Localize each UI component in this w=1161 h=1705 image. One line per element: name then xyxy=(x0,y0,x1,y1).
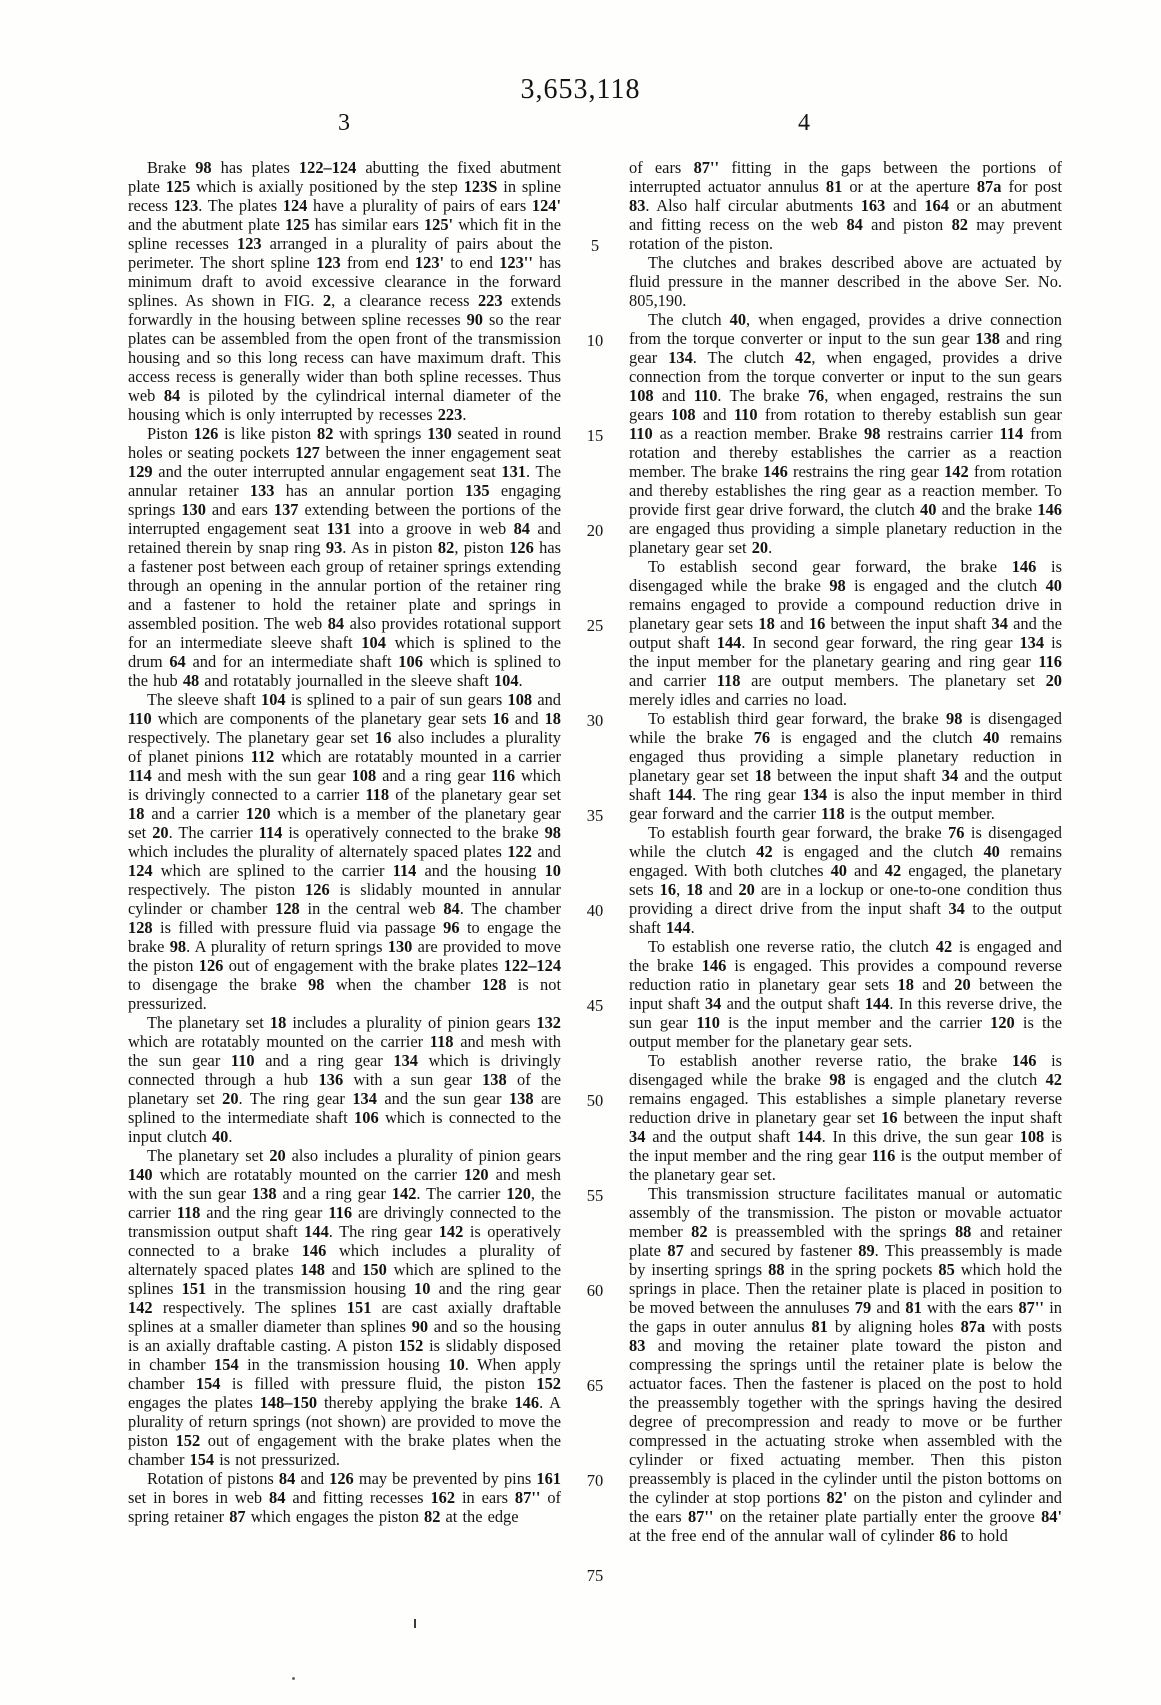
stray-mark xyxy=(292,1677,295,1680)
line-number: 50 xyxy=(587,1091,604,1111)
paragraph: This transmission structure facilitates … xyxy=(629,1184,1062,1545)
paragraph: The clutch 40, when engaged, provides a … xyxy=(629,310,1062,557)
paragraph: The planetary set 20 also includes a plu… xyxy=(128,1146,561,1469)
paragraph: To establish another reverse ratio, the … xyxy=(629,1051,1062,1184)
paragraph: The clutches and brakes described above … xyxy=(629,253,1062,310)
line-number: 55 xyxy=(587,1186,604,1206)
paragraph: Rotation of pistons 84 and 126 may be pr… xyxy=(128,1469,561,1526)
line-number: 15 xyxy=(587,426,604,446)
paragraph: Brake 98 has plates 122–124 abutting the… xyxy=(128,158,561,424)
paragraph: The planetary set 18 includes a pluralit… xyxy=(128,1013,561,1146)
paragraph: To establish one reverse ratio, the clut… xyxy=(629,937,1062,1051)
line-number: 10 xyxy=(587,331,604,351)
line-number: 65 xyxy=(587,1376,604,1396)
left-column: Brake 98 has plates 122–124 abutting the… xyxy=(128,158,561,1545)
stray-mark xyxy=(414,1619,416,1628)
line-number: 40 xyxy=(587,901,604,921)
patent-number: 3,653,118 xyxy=(0,74,1161,106)
line-number-gutter: 51015202530354045505560657075 xyxy=(561,158,629,1545)
line-number: 75 xyxy=(587,1566,604,1586)
line-number: 20 xyxy=(587,521,604,541)
line-number: 5 xyxy=(591,236,599,256)
paragraph: To establish second gear forward, the br… xyxy=(629,557,1062,709)
line-number: 60 xyxy=(587,1281,604,1301)
paragraph: of ears 87'' fitting in the gaps between… xyxy=(629,158,1062,253)
line-number: 35 xyxy=(587,806,604,826)
column-number-left: 3 xyxy=(338,110,350,137)
line-number: 70 xyxy=(587,1471,604,1491)
paragraph: The sleeve shaft 104 is splined to a pai… xyxy=(128,690,561,1013)
column-number-right: 4 xyxy=(798,110,810,137)
paragraph: To establish third gear forward, the bra… xyxy=(629,709,1062,823)
paragraph: To establish fourth gear forward, the br… xyxy=(629,823,1062,937)
paragraph: Piston 126 is like piston 82 with spring… xyxy=(128,424,561,690)
text-body: Brake 98 has plates 122–124 abutting the… xyxy=(128,158,1062,1545)
line-number: 30 xyxy=(587,711,604,731)
line-number: 25 xyxy=(587,616,604,636)
line-number: 45 xyxy=(587,996,604,1016)
right-column: of ears 87'' fitting in the gaps between… xyxy=(629,158,1062,1545)
patent-page: 3,653,118 3 4 Brake 98 has plates 122–12… xyxy=(0,0,1161,1705)
